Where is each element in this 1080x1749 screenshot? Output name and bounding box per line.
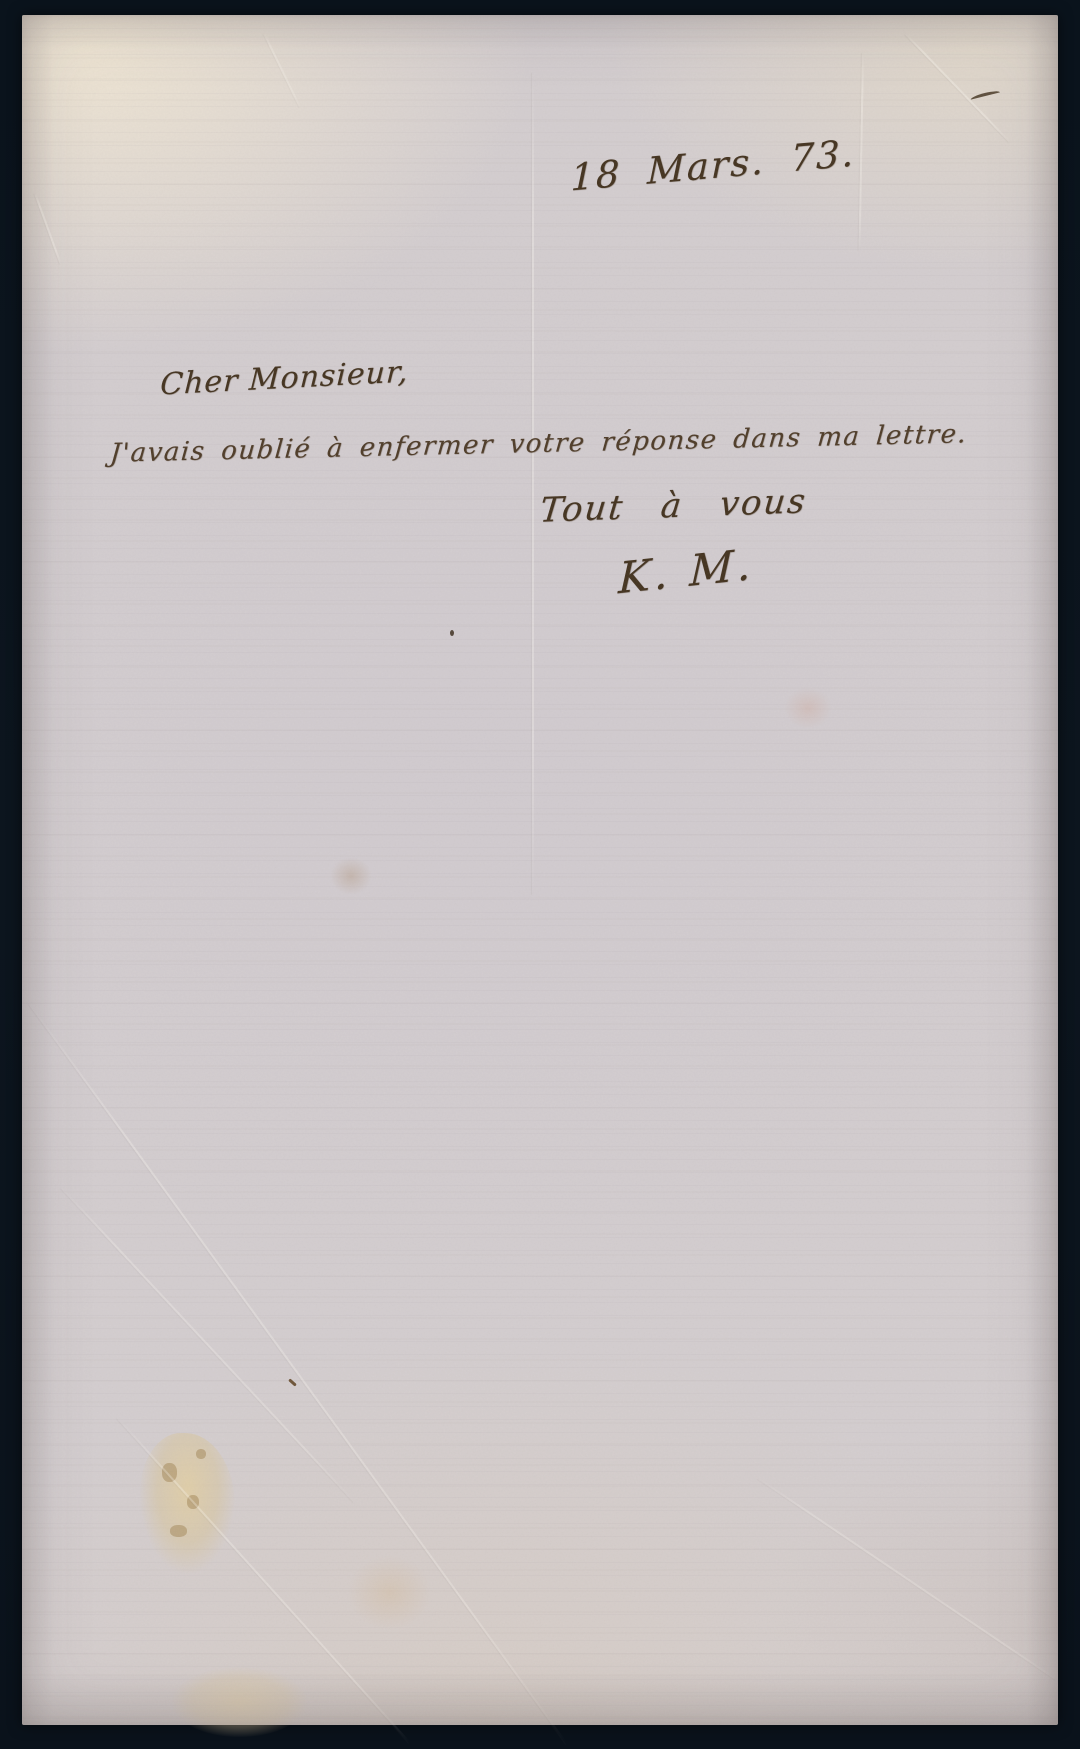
stain-speck [196, 1449, 206, 1459]
salutation-line: Cher Monsieur, [159, 357, 409, 400]
letter-paper-sheet: 18 Mars. 73. Cher Monsieur, J'avais oubl… [22, 15, 1058, 1725]
crease-line-left-edge [34, 193, 62, 264]
paper-grain-texture [22, 15, 1058, 1725]
paper-edge-shading [22, 15, 1058, 1725]
ink-showthrough-texture [22, 15, 1058, 1725]
crease-line-corner-diagonal [905, 33, 1011, 142]
crease-line-bottomleft-long [28, 1003, 567, 1744]
crease-line-bottomleft-low [117, 1417, 411, 1743]
crease-line-vertical-center [532, 73, 534, 895]
ink-fleck-center [450, 630, 454, 636]
crease-line-right-vertical [859, 53, 864, 251]
stain-speck [162, 1463, 177, 1482]
signature-initials: K. M. [618, 544, 756, 602]
crease-line-top-small [263, 33, 301, 108]
pen-mark-topright [970, 89, 1000, 99]
stain-blotch-large [140, 1433, 235, 1573]
stain-speck [170, 1525, 187, 1537]
ink-fleck-bottomleft [288, 1378, 297, 1386]
crease-line-bottomright [757, 1477, 1057, 1680]
stain-speck [187, 1495, 199, 1509]
stain-blotch-bottom [172, 1667, 307, 1737]
stain-blotch-faint [347, 1555, 432, 1630]
closing-line: Tout à vous [538, 484, 808, 527]
stain-spot-pink [784, 687, 832, 729]
scanned-letter-photo: 18 Mars. 73. Cher Monsieur, J'avais oubl… [0, 0, 1080, 1749]
crease-line-bottomleft-mid [61, 1187, 356, 1503]
date-line: 18 Mars. 73. [570, 134, 855, 196]
body-line: J'avais oublié à enfermer votre réponse … [109, 421, 968, 467]
stain-spot-brown [330, 857, 372, 895]
